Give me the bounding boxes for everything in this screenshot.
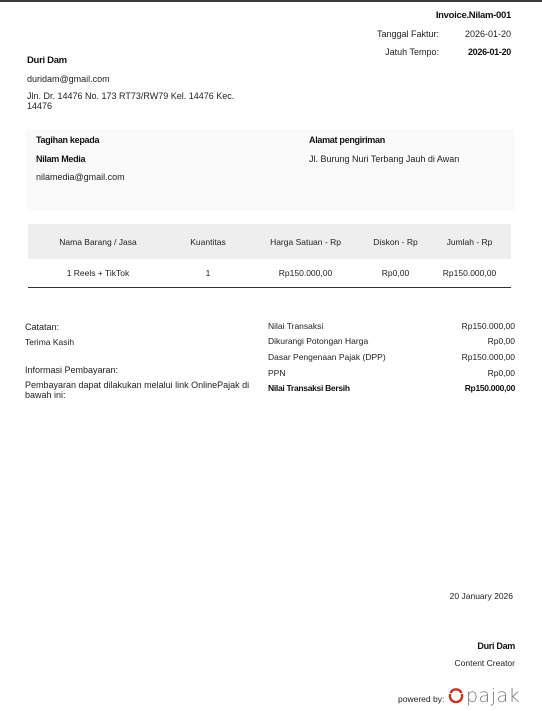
total-label: PPN [268,368,285,378]
seller-address: Jln. Dr. 14476 No. 173 RT73/RW79 Kel. 14… [27,91,237,111]
total-value: Rp150.000,00 [465,383,515,393]
logo-text: pajak [466,685,520,707]
recipient-info-box: Tagihan kepada Nilam Media nilamedia@gma… [26,129,515,211]
seller-email: duridam@gmail.com [27,74,110,84]
ship-to-label: Alamat pengiriman [309,135,385,145]
due-date-label: Jatuh Tempo: [339,47,439,57]
items-table: Nama Barang / Jasa Kuantitas Harga Satua… [28,224,511,288]
table-header: Nama Barang / Jasa Kuantitas Harga Satua… [28,224,511,259]
total-row-transaction: Nilai Transaksi Rp150.000,00 [268,321,515,331]
total-label: Nilai Transaksi Bersih [268,383,350,393]
ship-to-address: Jl. Burung Nuri Terbang Jauh di Awan [309,154,459,164]
header-unit-price: Harga Satuan - Rp [248,237,363,247]
total-row-discount: Dikurangi Potongan Harga Rp0,00 [268,336,515,346]
bill-to-label: Tagihan kepada [36,135,99,145]
total-value: Rp0,00 [488,336,515,346]
header-discount: Diskon - Rp [363,237,428,247]
total-label: Dasar Pengenaan Pajak (DPP) [268,352,386,362]
signature-name: Duri Dam [477,641,515,651]
table-row: 1 Reels + TikTok 1 Rp150.000,00 Rp0,00 R… [28,259,511,288]
total-value: Rp150.000,00 [462,321,515,331]
cell-discount: Rp0,00 [363,268,428,278]
signature-title: Content Creator [455,658,515,668]
total-label: Nilai Transaksi [268,321,323,331]
signature-date: 20 January 2026 [450,591,513,601]
notes-text: Terima Kasih [25,337,74,347]
total-value: Rp0,00 [488,368,515,378]
onlinepajak-logo[interactable]: pajak [448,685,520,707]
seller-name: Duri Dam [27,55,67,66]
payment-info-text: Pembayaran dapat dilakukan melalui link … [25,380,265,400]
total-row-dpp: Dasar Pengenaan Pajak (DPP) Rp150.000,00 [268,352,515,362]
total-row-net: Nilai Transaksi Bersih Rp150.000,00 [268,383,515,393]
total-label: Dikurangi Potongan Harga [268,336,368,346]
notes-label: Catatan: [25,322,59,332]
header-amount: Jumlah - Rp [428,237,511,247]
powered-by-label: powered by: [398,694,444,704]
cell-item-name: 1 Reels + TikTok [28,268,168,278]
cell-quantity: 1 [168,268,248,278]
due-date-value: 2026-01-20 [441,47,511,57]
total-value: Rp150.000,00 [462,352,515,362]
cell-unit-price: Rp150.000,00 [248,268,363,278]
payment-info-label: Informasi Pembayaran: [25,365,118,375]
header-item-name: Nama Barang / Jasa [28,237,168,247]
invoice-date-value: 2026-01-20 [441,29,511,39]
total-row-ppn: PPN Rp0,00 [268,368,515,378]
bill-to-name: Nilam Media [36,154,85,164]
bill-to-email: nilamedia@gmail.com [36,172,125,182]
opajak-logo-icon [448,687,464,705]
cell-amount: Rp150.000,00 [428,268,511,278]
invoice-number: Invoice.Nilam-001 [436,10,511,21]
header-quantity: Kuantitas [168,237,248,247]
invoice-date-label: Tanggal Faktur: [339,29,439,39]
